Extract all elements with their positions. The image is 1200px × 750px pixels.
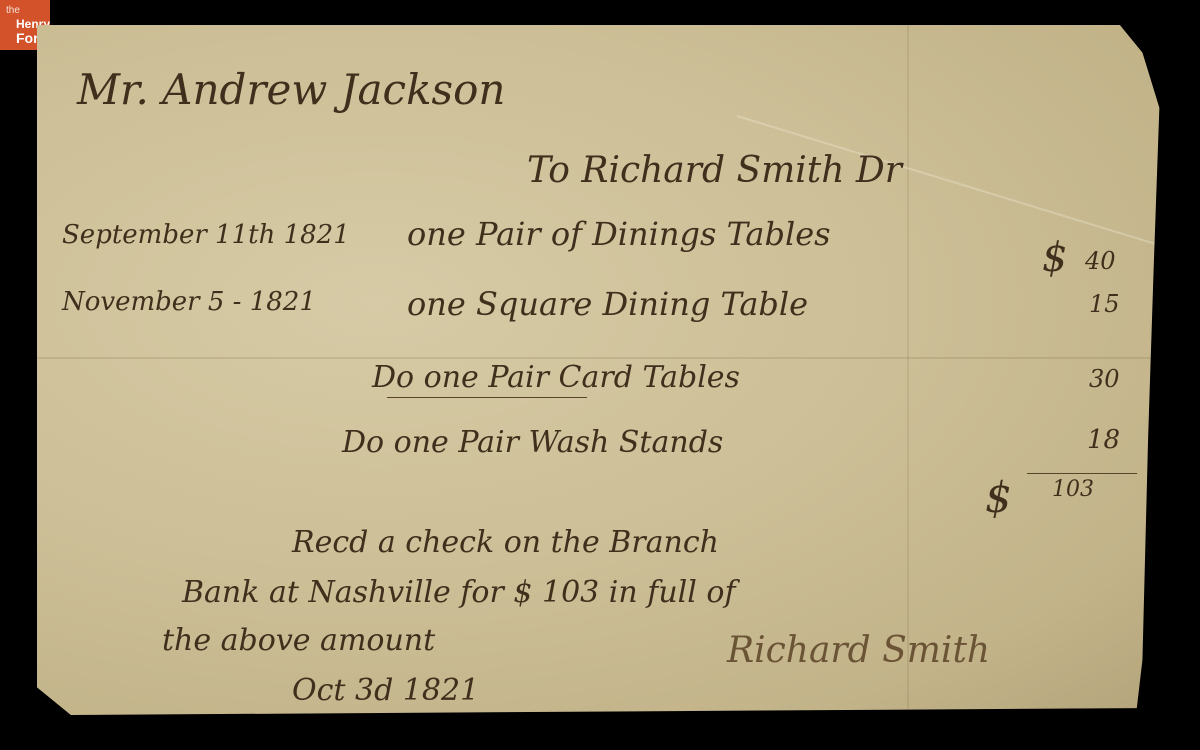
- item-amount: 40: [1085, 247, 1116, 275]
- item-amount: 15: [1089, 290, 1120, 318]
- receipt-line-3: the above amount: [162, 623, 435, 658]
- item-date: November 5 - 1821: [62, 287, 316, 317]
- receipt-line-2: Bank at Nashville for $ 103 in full of: [182, 575, 736, 610]
- signature: Richard Smith: [727, 630, 990, 671]
- manuscript-receipt: Mr. Andrew Jackson To Richard Smith Dr S…: [37, 25, 1165, 715]
- bill-header: To Richard Smith Dr: [527, 150, 902, 191]
- item-description: one Square Dining Table: [407, 285, 808, 323]
- underline: [387, 397, 587, 398]
- fold-crease: [37, 357, 1165, 359]
- total-amount: 103: [1052, 477, 1094, 502]
- dollar-sign: $: [1042, 235, 1067, 281]
- receipt-date: Oct 3d 1821: [292, 673, 479, 708]
- fold-crease-vertical: [907, 25, 909, 715]
- receipt-line-1: Recd a check on the Branch: [292, 525, 719, 560]
- item-description: Do one Pair Card Tables: [372, 360, 740, 395]
- item-description: one Pair of Dinings Tables: [407, 215, 831, 253]
- item-date: September 11th 1821: [62, 220, 350, 250]
- addressee: Mr. Andrew Jackson: [77, 65, 505, 114]
- item-description: Do one Pair Wash Stands: [342, 425, 723, 460]
- total-dollar-sign: $: [985, 473, 1012, 522]
- total-rule: [1027, 473, 1137, 474]
- logo-the: the: [6, 6, 20, 16]
- item-amount: 18: [1087, 425, 1120, 455]
- item-amount: 30: [1089, 365, 1120, 393]
